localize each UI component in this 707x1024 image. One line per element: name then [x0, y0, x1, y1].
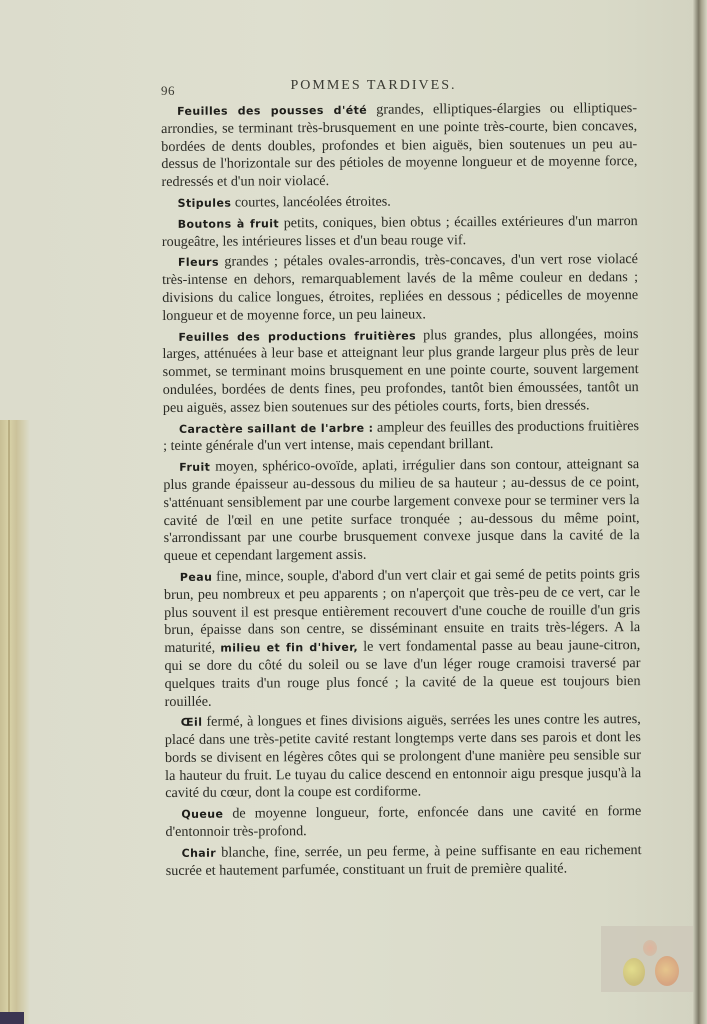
paragraph-boutons: Boutons à fruit petits, coniques, bien o…	[162, 213, 638, 252]
paragraph-fleurs: Fleurs grandes ; pétales ovales-arrondis…	[162, 251, 638, 325]
paragraph-caractere: Caractère saillant de l'arbre : ampleur …	[163, 418, 639, 457]
pear-icon	[623, 958, 645, 986]
paragraph-label: Feuilles des pousses d'été	[177, 104, 367, 118]
paragraph-label: Stipules	[178, 197, 232, 210]
cherry-icon	[643, 940, 657, 956]
paragraph-label: Chair	[182, 847, 217, 860]
paragraph-text: moyen, sphérico-ovoïde, aplati, irréguli…	[163, 456, 639, 564]
paragraph-label: Peau	[180, 571, 212, 584]
inline-label: milieu et fin d'hiver,	[220, 641, 358, 655]
paragraph-peau: Peau fine, mince, souple, d'abord d'un v…	[164, 566, 641, 711]
paragraph-fruit: Fruit moyen, sphérico-ovoïde, aplati, ir…	[163, 456, 640, 566]
running-head: POMMES TARDIVES.	[0, 78, 707, 94]
page-edge-right	[693, 0, 707, 1024]
paragraph-stipules: Stipules courtes, lancéolées étroites.	[162, 192, 638, 213]
paragraph-feuilles-pousses: Feuilles des pousses d'été grandes, elli…	[161, 100, 638, 192]
paragraph-text: blanche, fine, serrée, un peu ferme, à p…	[166, 842, 642, 879]
paragraph-text: grandes ; pétales ovales-arrondis, très-…	[162, 251, 638, 323]
paragraph-text: courtes, lancéolées étroites.	[231, 194, 391, 211]
book-spine-edge	[0, 420, 30, 1024]
fruit-illustration-icon	[601, 926, 693, 992]
paragraph-label: Boutons à fruit	[178, 217, 279, 231]
paragraph-oeil: Œil fermé, à longues et fines divisions …	[165, 711, 642, 803]
paragraph-feuilles-productions: Feuilles des productions fruitières plus…	[162, 326, 639, 418]
paragraph-text: de moyenne longueur, forte, enfoncée dan…	[165, 803, 641, 840]
paragraph-label: Fruit	[179, 461, 210, 474]
paragraph-label: Fleurs	[178, 256, 219, 269]
paragraph-chair: Chair blanche, fine, serrée, un peu ferm…	[166, 842, 642, 881]
apple-icon	[655, 956, 679, 986]
paragraph-label: Feuilles des productions fruitières	[178, 329, 416, 343]
body-text: Feuilles des pousses d'été grandes, elli…	[161, 100, 642, 883]
paragraph-label: Caractère saillant de l'arbre :	[179, 421, 374, 435]
paragraph-label: Œil	[181, 716, 203, 729]
spine-line	[8, 420, 10, 1024]
binding-shadow	[0, 1012, 24, 1024]
paragraph-text: fermé, à longues et fines divisions aigu…	[165, 711, 641, 801]
paragraph-queue: Queue de moyenne longueur, forte, enfonc…	[165, 803, 641, 842]
paragraph-label: Queue	[181, 808, 223, 821]
book-page: 96 POMMES TARDIVES. Feuilles des pousses…	[0, 0, 707, 1024]
